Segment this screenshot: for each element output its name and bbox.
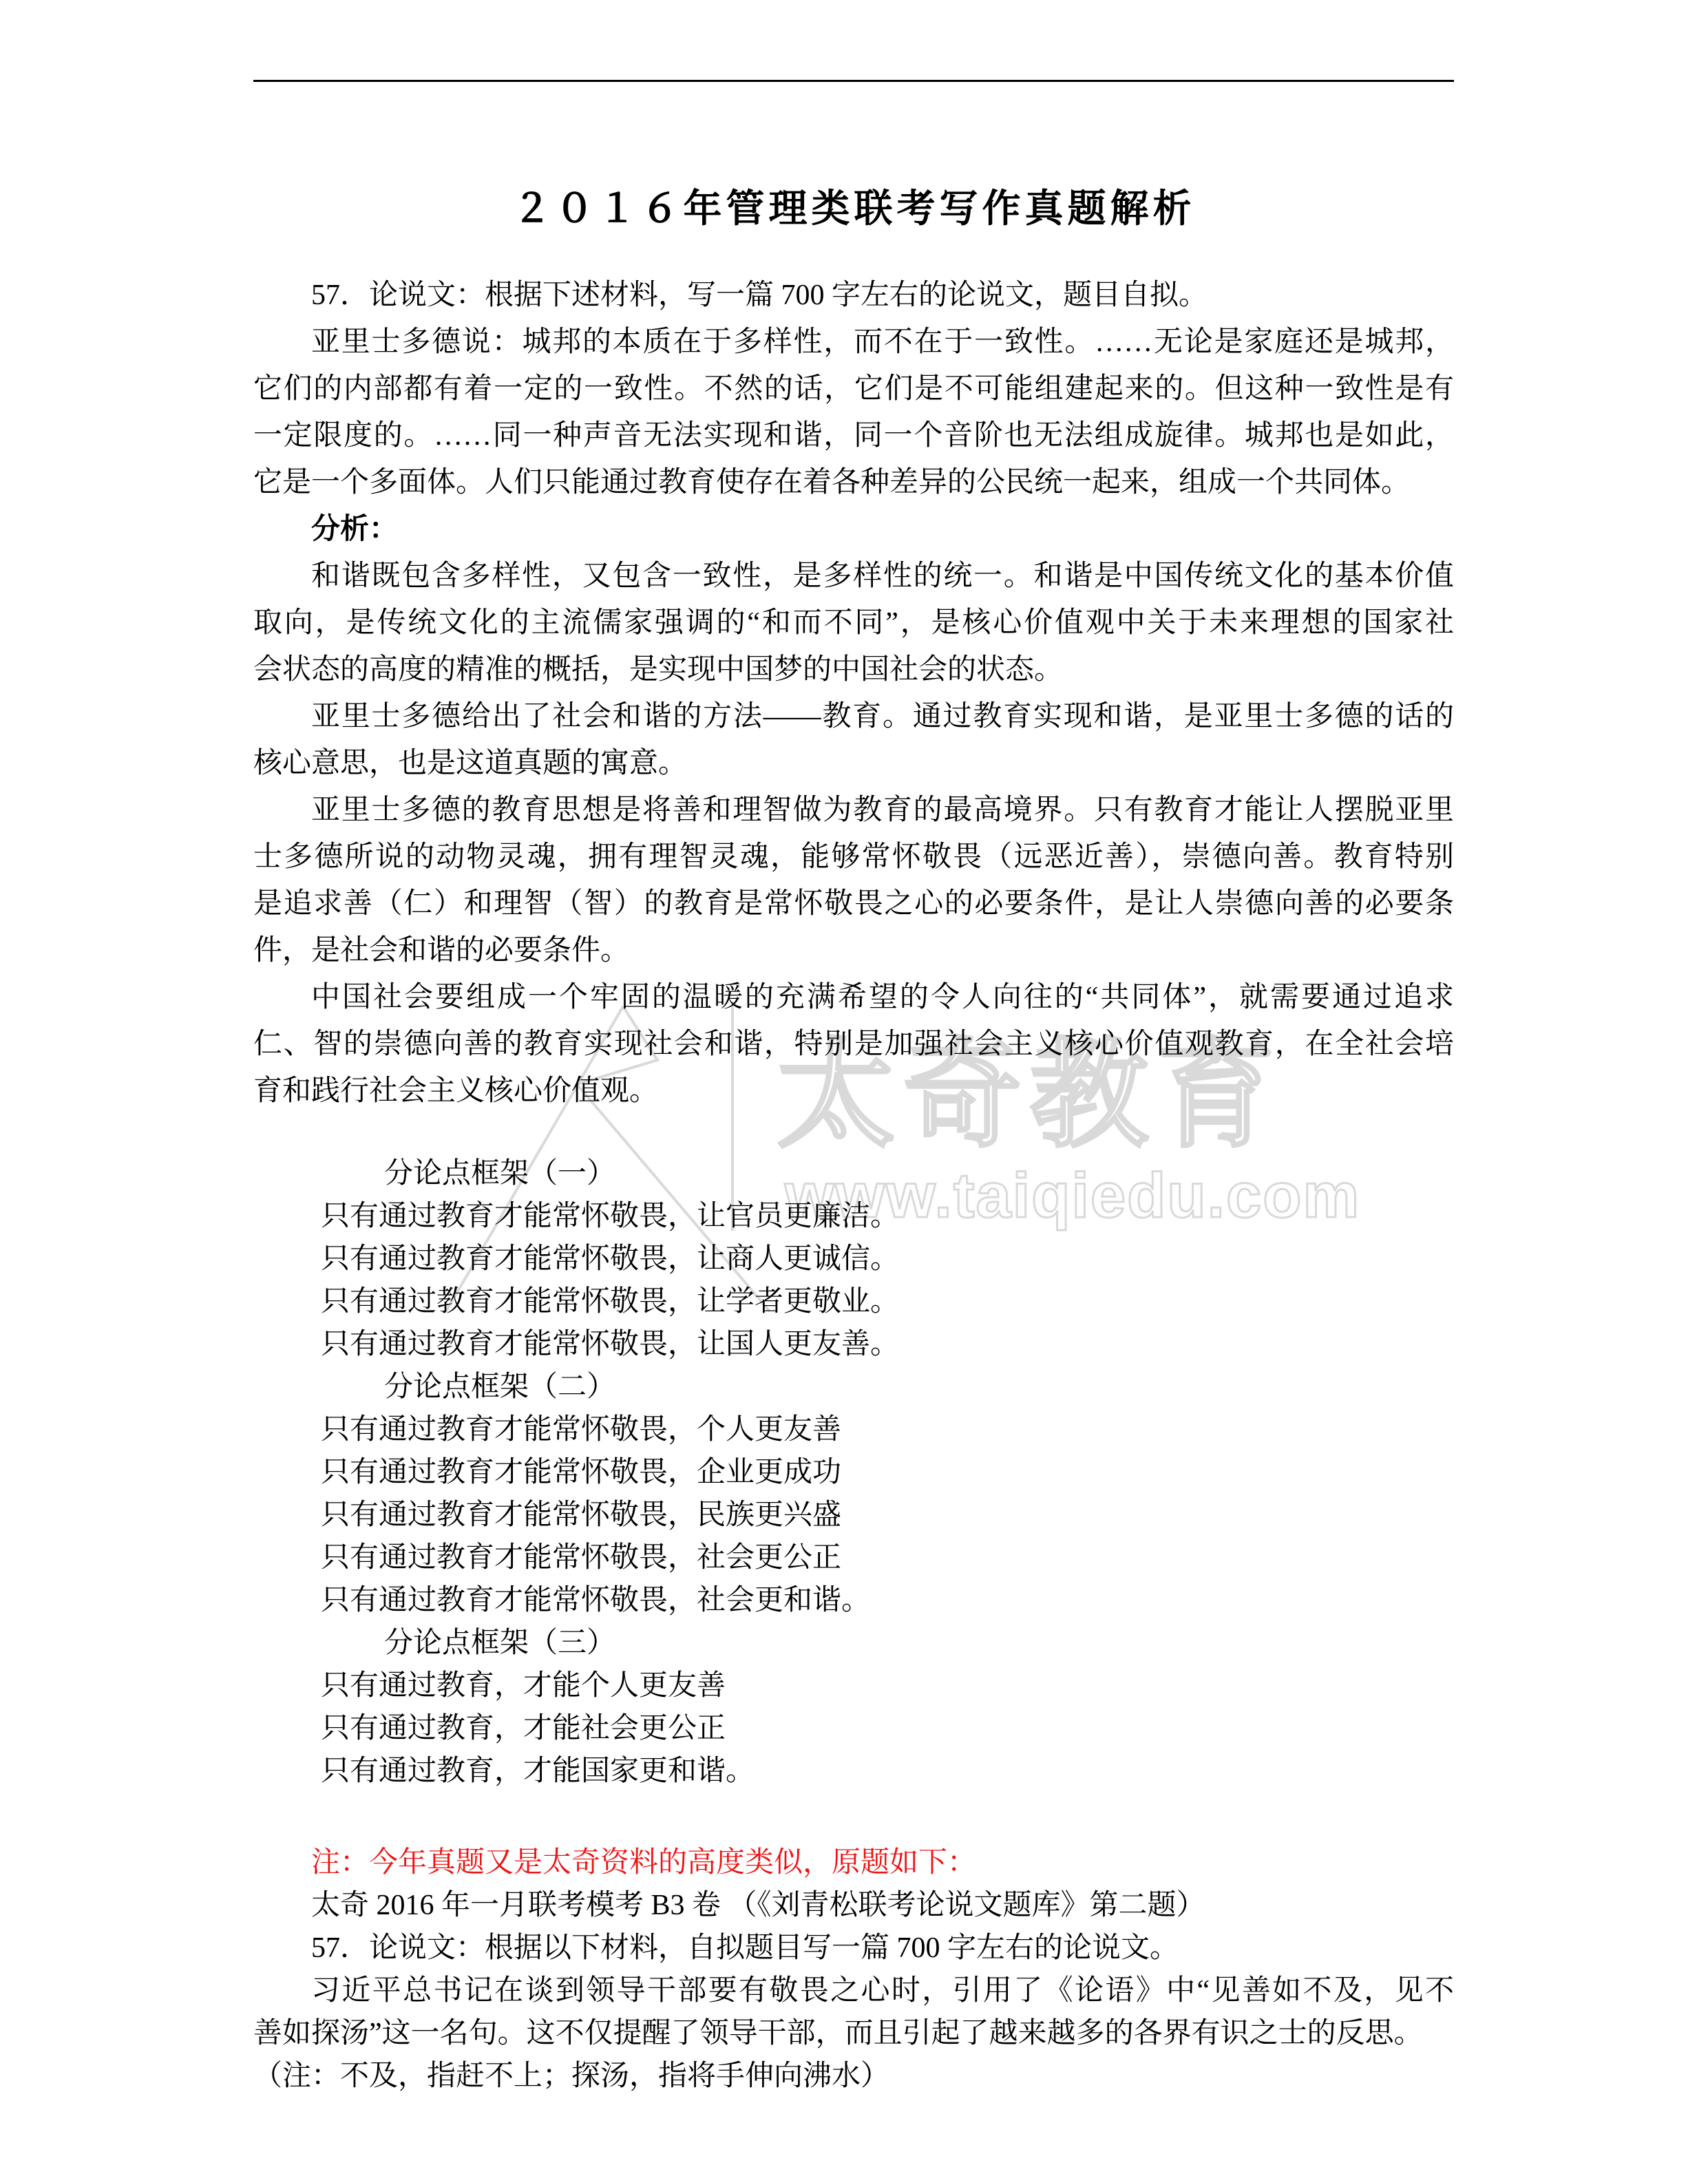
text-line: 亚里士多德给出了社会和谐的方法——教育。通过教育实现和谐，是亚里士多德的话的 (253, 693, 1454, 740)
text-line: 取向，是传统文化的主流儒家强调的“和而不同”，是核心价值观中关于未来理想的国家社 (253, 600, 1454, 646)
framework-item: 只有通过教育，才能国家更和谐。 (253, 1750, 1454, 1793)
paragraph: 亚里士多德说：城邦的本质在于多样性，而不在于一致性。……无论是家庭还是城邦，它们… (253, 319, 1454, 506)
note-paragraphs: 57．论说文：根据以下材料，自拟题目写一篇 700 字左右的论说文。习近平总书记… (253, 1927, 1454, 2097)
framework-item: 只有通过教育才能常怀敬畏，让官员更廉洁。 (253, 1195, 1454, 1238)
paragraph: 亚里士多德的教育思想是将善和理智做为教育的最高境界。只有教育才能让人摆脱亚里士多… (253, 787, 1454, 974)
paragraph: 分析： (253, 506, 1454, 553)
text-line: 亚里士多德说：城邦的本质在于多样性，而不在于一致性。……无论是家庭还是城邦， (253, 319, 1454, 366)
text-line: 亚里士多德的教育思想是将善和理智做为教育的最高境界。只有教育才能让人摆脱亚里 (253, 787, 1454, 834)
text-line: 士多德所说的动物灵魂，拥有理智灵魂，能够常怀敬畏（远恶近善），崇德向善。教育特别 (253, 834, 1454, 880)
framework-item: 只有通过教育才能常怀敬畏，社会更和谐。 (253, 1579, 1454, 1622)
source-line: 太奇 2016 年一月联考模考 B3 卷 （《刘青松联考论说文题库》第二题） (253, 1884, 1454, 1927)
text-line: 57．论说文：根据以下材料，自拟题目写一篇 700 字左右的论说文。 (253, 1927, 1454, 1969)
framework-heading: 分论点框架（一） (253, 1152, 1454, 1195)
framework-item: 只有通过教育才能常怀敬畏，企业更成功 (253, 1451, 1454, 1494)
text-line: 中国社会要组成一个牢固的温暖的充满希望的令人向往的“共同体”，就需要通过追求 (253, 974, 1454, 1021)
framework-heading: 分论点框架（三） (253, 1622, 1454, 1664)
framework-item: 只有通过教育才能常怀敬畏，让国人更友善。 (253, 1323, 1454, 1366)
framework-item: 只有通过教育才能常怀敬畏，民族更兴盛 (253, 1494, 1454, 1536)
page-title: ２０１６年管理类联考写作真题解析 (0, 187, 1708, 231)
paragraph: 亚里士多德给出了社会和谐的方法——教育。通过教育实现和谐，是亚里士多德的话的核心… (253, 693, 1454, 787)
framework-item: 只有通过教育才能常怀敬畏，个人更友善 (253, 1408, 1454, 1451)
text-line: 件，是社会和谐的必要条件。 (253, 927, 1454, 974)
framework-section: 分论点框架（一）只有通过教育才能常怀敬畏，让官员更廉洁。只有通过教育才能常怀敬畏… (253, 1152, 1454, 1793)
note-section: 注：今年真题又是太奇资料的高度类似，原题如下： 太奇 2016 年一月联考模考 … (253, 1841, 1454, 2097)
text-line: 仁、智的崇德向善的教育实现社会和谐，特别是加强社会主义核心价值观教育，在全社会培 (253, 1021, 1454, 1068)
text-line: 分析： (253, 506, 1454, 553)
text-line: 善如探汤”这一名句。这不仅提醒了领导干部，而且引起了越来越多的各界有识之士的反思… (253, 2012, 1454, 2055)
text-line: 习近平总书记在谈到领导干部要有敬畏之心时，引用了《论语》中“见善如不及，见不 (253, 1969, 1454, 2012)
text-line: 和谐既包含多样性，又包含一致性，是多样性的统一。和谐是中国传统文化的基本价值 (253, 553, 1454, 600)
text-line: 一定限度的。……同一种声音无法实现和谐，同一个音阶也无法组成旋律。城邦也是如此， (253, 412, 1454, 459)
body-text-section: 57．论说文：根据下述材料，写一篇 700 字左右的论说文，题目自拟。亚里士多德… (253, 272, 1454, 1114)
framework-item: 只有通过教育，才能个人更友善 (253, 1664, 1454, 1707)
text-line: 核心意思，也是这道真题的寓意。 (253, 740, 1454, 787)
framework-heading: 分论点框架（二） (253, 1366, 1454, 1408)
framework-item: 只有通过教育才能常怀敬畏，让商人更诚信。 (253, 1238, 1454, 1280)
text-line: 57．论说文：根据下述材料，写一篇 700 字左右的论说文，题目自拟。 (253, 272, 1454, 319)
text-line: 是追求善（仁）和理智（智）的教育是常怀敬畏之心的必要条件，是让人崇德向善的必要条 (253, 880, 1454, 927)
framework-item: 只有通过教育，才能社会更公正 (253, 1707, 1454, 1750)
paragraph: 57．论说文：根据下述材料，写一篇 700 字左右的论说文，题目自拟。 (253, 272, 1454, 319)
document-page: 太奇教育 www.taiqiedu.com ２０１６年管理类联考写作真题解析 5… (0, 0, 1708, 2167)
paragraph: 57．论说文：根据以下材料，自拟题目写一篇 700 字左右的论说文。 (253, 1927, 1454, 1969)
text-line: （注：不及，指赶不上；探汤，指将手伸向沸水） (253, 2055, 1454, 2097)
text-line: 它是一个多面体。人们只能通过教育使存在着各种差异的公民统一起来，组成一个共同体。 (253, 459, 1454, 506)
paragraph: 习近平总书记在谈到领导干部要有敬畏之心时，引用了《论语》中“见善如不及，见不善如… (253, 1969, 1454, 2055)
paragraph: （注：不及，指赶不上；探汤，指将手伸向沸水） (253, 2055, 1454, 2097)
paragraph: 中国社会要组成一个牢固的温暖的充满希望的令人向往的“共同体”，就需要通过追求仁、… (253, 974, 1454, 1114)
text-line: 育和践行社会主义核心价值观。 (253, 1068, 1454, 1114)
text-line: 会状态的高度的精准的概括，是实现中国梦的中国社会的状态。 (253, 646, 1454, 693)
framework-item: 只有通过教育才能常怀敬畏，让学者更敬业。 (253, 1280, 1454, 1323)
red-note-line: 注：今年真题又是太奇资料的高度类似，原题如下： (253, 1841, 1454, 1884)
paragraph: 和谐既包含多样性，又包含一致性，是多样性的统一。和谐是中国传统文化的基本价值取向… (253, 553, 1454, 693)
header-rule (253, 80, 1454, 82)
framework-item: 只有通过教育才能常怀敬畏，社会更公正 (253, 1536, 1454, 1579)
text-line: 它们的内部都有着一定的一致性。不然的话，它们是不可能组建起来的。但这种一致性是有 (253, 366, 1454, 412)
